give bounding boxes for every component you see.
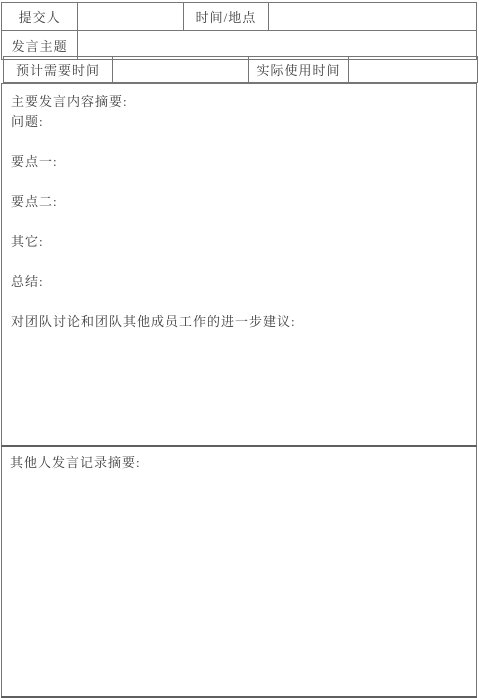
time-table: 预计需要时间 实际使用时间 (3, 56, 478, 83)
content-table: 主要发言内容摘要: 问题: 要点一: 要点二: 其它: 总结: 对团队讨论和团队… (1, 83, 477, 698)
point-one-label: 要点一: (11, 152, 467, 172)
others-label: 其它: (11, 232, 467, 252)
time-row: 预计需要时间 实际使用时间 (4, 57, 478, 83)
others-record-cell[interactable]: 其他人发言记录摘要: (2, 446, 477, 697)
point-two-label: 要点二: (11, 192, 467, 212)
others-record-heading: 其他人发言记录摘要: (10, 453, 468, 473)
main-summary-heading: 主要发言内容摘要: (11, 92, 467, 112)
time-place-field[interactable] (268, 3, 476, 31)
questions-label: 问题: (11, 112, 467, 132)
actual-time-field[interactable] (349, 57, 478, 83)
actual-time-label: 实际使用时间 (249, 57, 349, 83)
estimated-time-label: 预计需要时间 (4, 57, 113, 83)
estimated-time-field[interactable] (113, 57, 249, 83)
conclusion-label: 总结: (11, 272, 467, 292)
submitter-row: 提交人 时间/地点 (2, 3, 477, 31)
time-place-label: 时间/地点 (184, 3, 268, 31)
speech-record-form: 提交人 时间/地点 发言主题 预计需要时间 实际使用时间 主要发言内容摘要: 问… (0, 0, 479, 695)
team-suggestions-label: 对团队讨论和团队其他成员工作的进一步建议: (11, 312, 467, 332)
main-summary-row: 主要发言内容摘要: 问题: 要点一: 要点二: 其它: 总结: 对团队讨论和团队… (2, 84, 477, 447)
submitter-field[interactable] (78, 3, 184, 31)
submitter-label: 提交人 (2, 3, 78, 31)
others-record-row: 其他人发言记录摘要: (2, 446, 477, 697)
header-table: 提交人 时间/地点 发言主题 (1, 2, 477, 60)
main-summary-cell[interactable]: 主要发言内容摘要: 问题: 要点一: 要点二: 其它: 总结: 对团队讨论和团队… (2, 84, 477, 447)
